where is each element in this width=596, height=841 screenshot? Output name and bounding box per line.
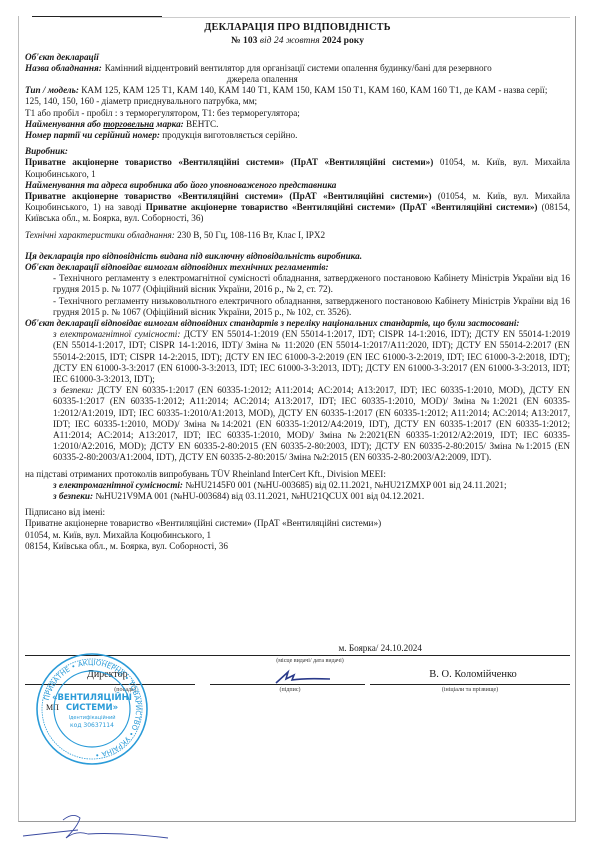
serial-row: Номер партії чи серійний номер: продукці…: [25, 130, 570, 141]
document-number: № 103 від 24 жовтня 2024 року: [25, 35, 570, 47]
regulation-lvd: - Технічного регламенту низьковольтного …: [25, 296, 570, 318]
svg-text:код 30637114: код 30637114: [70, 722, 114, 729]
document-title: ДЕКЛАРАЦІЯ ПРО ВІДПОВІДНІСТЬ: [25, 22, 570, 35]
manufacturer-name: Приватне акціонерне товариство «Вентиляц…: [25, 157, 570, 179]
svg-text:Ідентифікаційний: Ідентифікаційний: [69, 714, 116, 721]
signed-address-kyiv: 01054, м. Київ, вул. Михайла Коцюбинсько…: [25, 530, 570, 541]
svg-text:СИСТЕМИ»: СИСТЕМИ»: [66, 703, 118, 713]
signed-company: Приватне акціонерне товариство «Вентиляц…: [25, 518, 570, 529]
company-stamp-icon: ПРИВАТНЕ • АКЦІОНЕРНЕ • ТОВАРИСТВО • УКР…: [35, 652, 149, 766]
bottom-initials-scribble-icon: [18, 812, 178, 841]
protocols-emc: з електромагнітної сумісності: №HU2145F0…: [25, 480, 570, 491]
signed-address-boyarka: 08154, Київська обл., м. Боярка, вул. Со…: [25, 541, 570, 552]
regulation-emc: - Технічного регламенту з електромагнітн…: [25, 273, 570, 295]
model-note-thermostat: Т1 або пробіл - пробіл : з терморегулято…: [25, 108, 570, 119]
signed-heading: Підписано від імені:: [25, 507, 570, 518]
model-note-diameter: 125, 140, 150, 160 - діаметр приєднуваль…: [25, 96, 570, 107]
protocols-safety: з безпеки: №HU21V9MA 001 (№HU-003684) ві…: [25, 491, 570, 502]
equipment-row: Назва обладнання: Камінний відцентровий …: [25, 63, 570, 85]
equipment-value: Камінний відцентровий вентилятор для орг…: [102, 63, 492, 85]
regulations-heading: Об'єкт декларації відповідає вимогам від…: [25, 262, 570, 273]
model-row: Тип / модель: КАМ 125, КАМ 125 Т1, КАМ 1…: [25, 85, 570, 96]
standards-safety: з безпеки: ДСТУ EN 60335-1:2017 (EN 6033…: [25, 385, 570, 463]
name-line: [370, 684, 570, 685]
signature-caption: (підпис): [260, 687, 320, 693]
document-body: ДЕКЛАРАЦІЯ ПРО ВІДПОВІДНІСТЬ № 103 від 2…: [25, 22, 570, 552]
equipment-label: Назва обладнання:: [25, 63, 102, 85]
signatory-name: В. О. Коломійченко: [383, 669, 563, 680]
svg-text:«ВЕНТИЛЯЦІЙНІ: «ВЕНТИЛЯЦІЙНІ: [52, 691, 132, 703]
place-date-caption: (місце видачі/ дата видачі): [225, 658, 395, 664]
brand-row: Найменування або торговельна марка: ВЕНТ…: [25, 119, 570, 130]
standards-heading: Об'єкт декларації відповідає вимогам від…: [25, 318, 570, 329]
standards-emc: з електромагнітної сумісності: ДСТУ EN 5…: [25, 329, 570, 385]
manufacturer-heading: Виробник:: [25, 146, 570, 157]
name-caption: (ініціали та прізвище): [410, 687, 530, 693]
representative-text: Приватне акціонерне товариство «Вентиляц…: [25, 191, 570, 225]
top-rule-faint: [60, 17, 570, 18]
representative-heading: Найменування та адреса виробника або йог…: [25, 180, 570, 191]
signature-line: [210, 684, 365, 685]
object-heading: Об'єкт декларації: [25, 52, 570, 63]
responsibility-statement: Ця декларація про відповідність видана п…: [25, 251, 570, 262]
specs-row: Технічні характеристики обладнання: 230 …: [25, 230, 570, 241]
signature-scribble-icon: [270, 669, 340, 685]
protocols-intro: на підставі отриманих протоколів випробу…: [25, 469, 570, 480]
